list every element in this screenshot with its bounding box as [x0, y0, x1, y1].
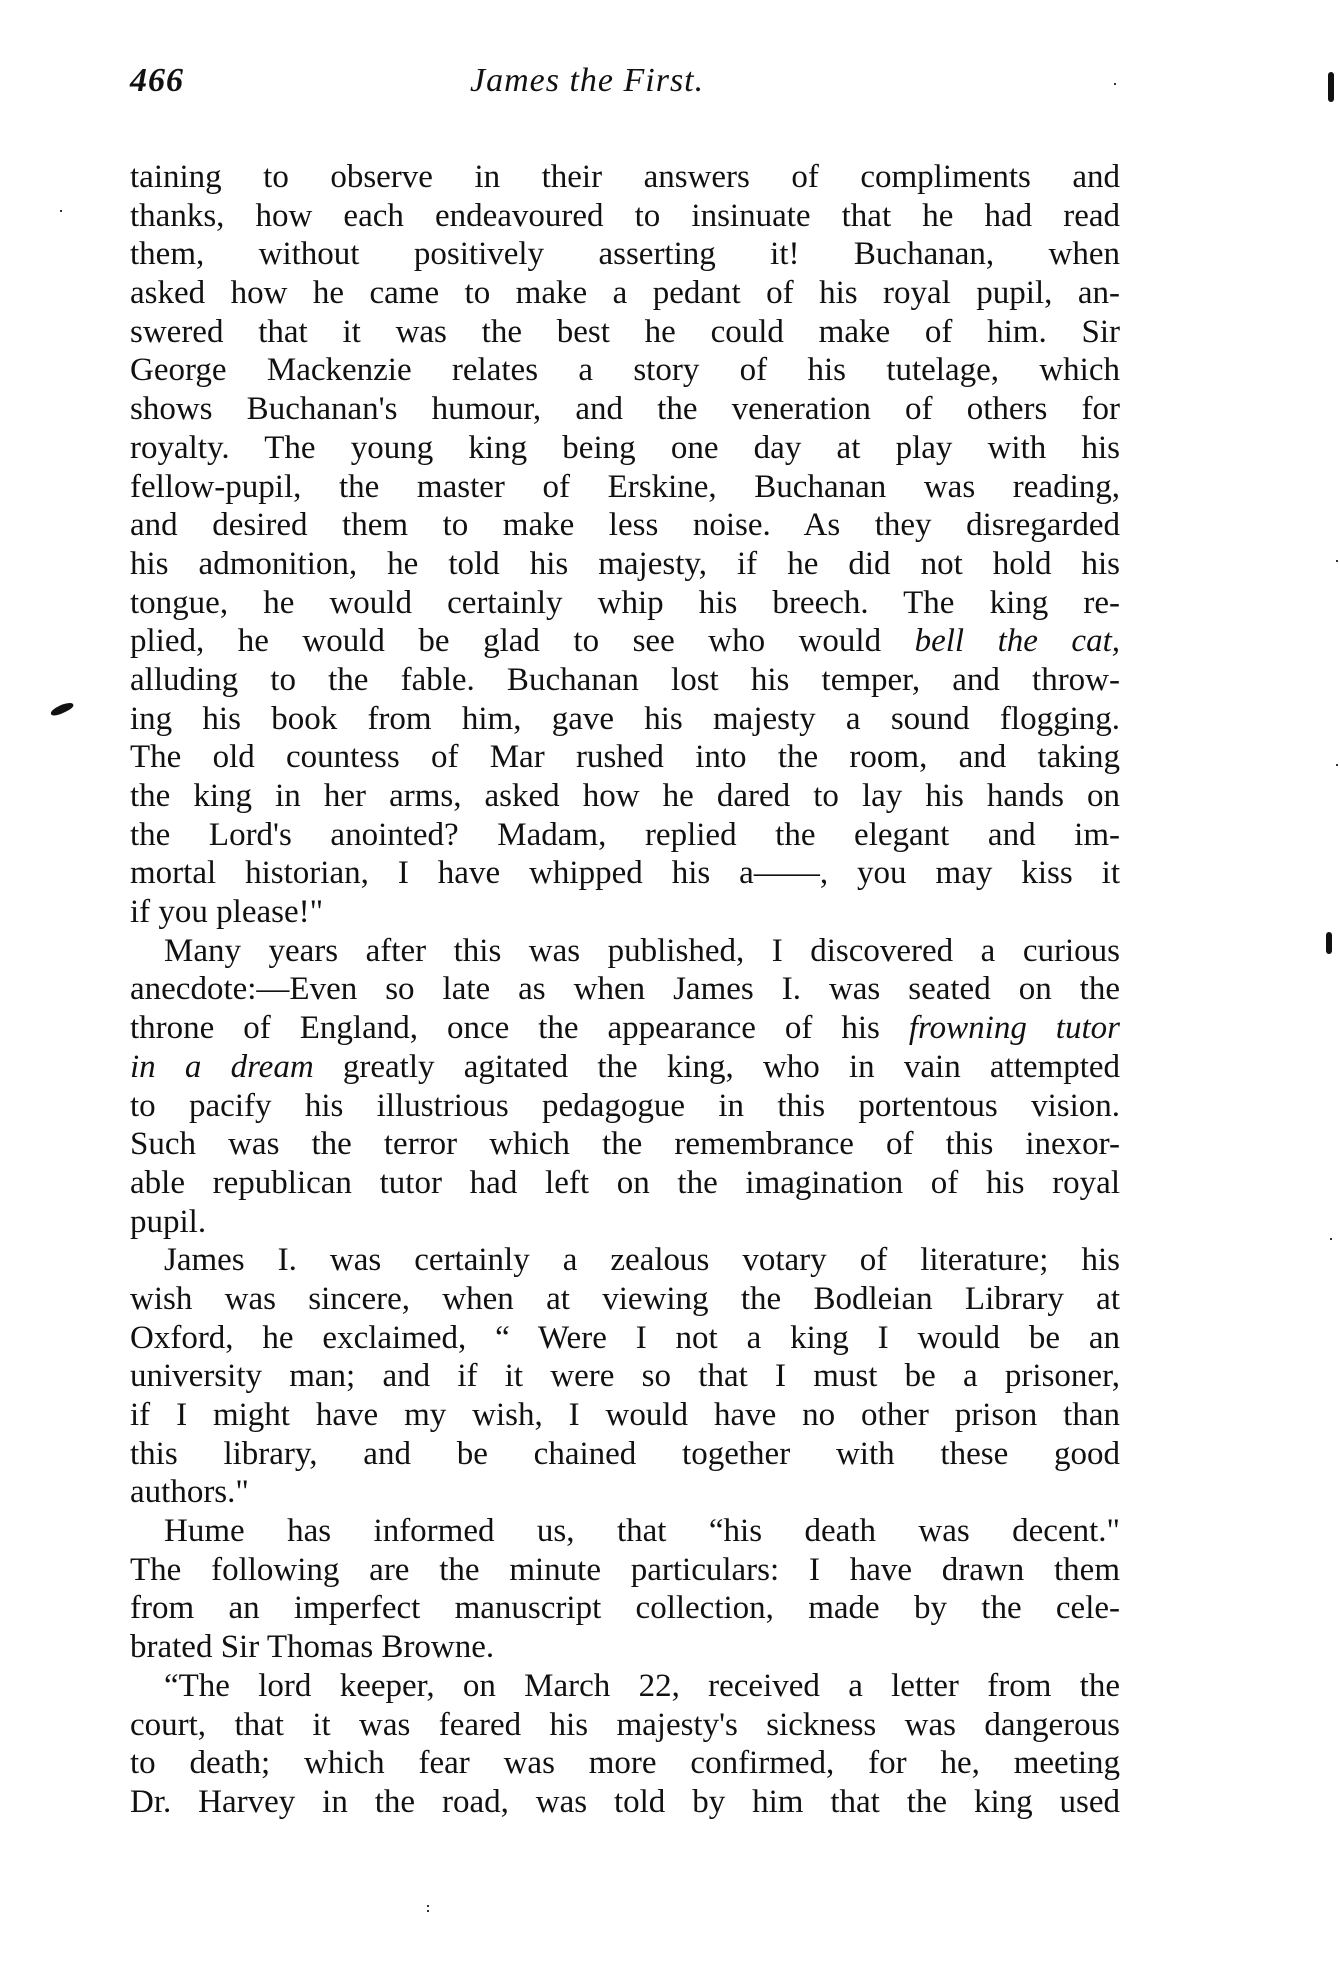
scan-speck — [1330, 1238, 1332, 1240]
text-line: to pacify his illustrious pedagogue in t… — [130, 1087, 1120, 1126]
text-line: mortal historian, I have whipped his a——… — [130, 854, 1120, 893]
text-line: and desired them to make less noise. As … — [130, 506, 1120, 545]
scan-artifact-mark — [49, 700, 74, 717]
text-line: thanks, how each endeavoured to insinuat… — [130, 197, 1120, 236]
text-line: Oxford, he exclaimed, “ Were I not a kin… — [130, 1319, 1120, 1358]
text-line: this library, and be chained together wi… — [130, 1435, 1120, 1474]
text-line: them, without positively asserting it! B… — [130, 235, 1120, 274]
scan-speck — [427, 1910, 429, 1912]
text-line: taining to observe in their answers of c… — [130, 158, 1120, 197]
text-line: from an imperfect manuscript collection,… — [130, 1589, 1120, 1628]
text-line: if I might have my wish, I would have no… — [130, 1396, 1120, 1435]
text-line: alluding to the fable. Buchanan lost his… — [130, 661, 1120, 700]
text-line: Such was the terror which the remembranc… — [130, 1125, 1120, 1164]
running-title: James the First. — [470, 62, 704, 100]
text-segment: greatly agitated the king, who in vain a… — [343, 1049, 1120, 1085]
text-line: fellow-pupil, the master of Erskine, Buc… — [130, 468, 1120, 507]
text-line: anecdote:—Even so late as when James I. … — [130, 970, 1120, 1009]
page-number: 466 — [130, 62, 184, 100]
scan-speck — [427, 1905, 429, 1907]
text-line: Dr. Harvey in the road, was told by him … — [130, 1783, 1120, 1822]
text-line-with-italic: throne of England, once the appearance o… — [130, 1009, 1120, 1048]
text-line: pupil. — [130, 1203, 1120, 1242]
text-line: ing his book from him, gave his majesty … — [130, 700, 1120, 739]
scan-speck — [1336, 764, 1338, 766]
text-line: The following are the minute particulars… — [130, 1551, 1120, 1590]
body-text: taining to observe in their answers of c… — [130, 158, 1120, 1822]
text-line: wish was sincere, when at viewing the Bo… — [130, 1280, 1120, 1319]
text-line: George Mackenzie relates a story of his … — [130, 351, 1120, 390]
text-segment: plied, he would be glad to see who would — [130, 623, 915, 659]
text-line-with-italic: in a dream greatly agitated the king, wh… — [130, 1048, 1120, 1087]
text-line: the king in her arms, asked how he dared… — [130, 777, 1120, 816]
paragraph-start: “The lord keeper, on March 22, received … — [130, 1667, 1120, 1706]
text-line: if you please!" — [130, 893, 1120, 932]
text-line: his admonition, he told his majesty, if … — [130, 545, 1120, 584]
text-line: university man; and if it were so that I… — [130, 1357, 1120, 1396]
scan-artifact-mark — [1326, 932, 1332, 954]
book-page: 466 James the First. taining to observe … — [0, 0, 1340, 1978]
italic-phrase-frowning-tutor: frowning tutor — [909, 1010, 1120, 1046]
text-line: royalty. The young king being one day at… — [130, 429, 1120, 468]
text-line: authors." — [130, 1473, 1120, 1512]
text-line: shows Buchanan's humour, and the venerat… — [130, 390, 1120, 429]
text-segment: throne of England, once the appearance o… — [130, 1010, 909, 1046]
text-line: brated Sir Thomas Browne. — [130, 1628, 1120, 1667]
text-line: The old countess of Mar rushed into the … — [130, 738, 1120, 777]
scan-speck — [1114, 83, 1116, 85]
page-header: 466 James the First. — [130, 62, 1120, 112]
scan-speck — [1336, 560, 1338, 562]
text-line: able republican tutor had left on the im… — [130, 1164, 1120, 1203]
text-line: tongue, he would certainly whip his bree… — [130, 584, 1120, 623]
text-line: court, that it was feared his majesty's … — [130, 1706, 1120, 1745]
paragraph-start: Many years after this was published, I d… — [130, 932, 1120, 971]
scan-artifact-mark — [1328, 72, 1334, 102]
scan-speck — [60, 210, 62, 212]
text-line: the Lord's anointed? Madam, replied the … — [130, 816, 1120, 855]
text-line: to death; which fear was more confirmed,… — [130, 1744, 1120, 1783]
text-line-with-italic: plied, he would be glad to see who would… — [130, 622, 1120, 661]
paragraph-start: Hume has informed us, that “his death wa… — [130, 1512, 1120, 1551]
italic-phrase-bell-the-cat: bell the cat, — [915, 623, 1120, 659]
text-line: asked how he came to make a pedant of hi… — [130, 274, 1120, 313]
italic-phrase-in-a-dream: in a dream — [130, 1049, 314, 1085]
text-line: swered that it was the best he could mak… — [130, 313, 1120, 352]
paragraph-start: James I. was certainly a zealous votary … — [130, 1241, 1120, 1280]
